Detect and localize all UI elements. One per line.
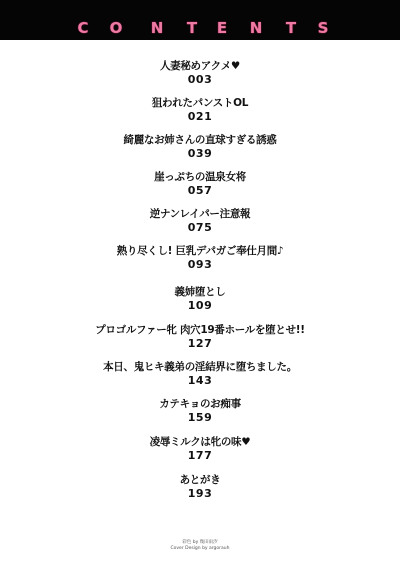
page-number: 177: [0, 449, 400, 462]
toc-entry[interactable]: 狙われたパンストOL 021: [0, 97, 400, 123]
chapter-title: 凌辱ミルクは牝の味♥: [0, 436, 400, 449]
page-number: 003: [0, 73, 400, 86]
chapter-title: 熟り尽くし! 巨乳デパガご奉仕月間♪: [0, 245, 400, 258]
chapter-title: 綺麗なお姉さんの直球すぎる誘惑: [0, 134, 400, 147]
chapter-title: 逆ナンレイパー注意報: [0, 208, 400, 221]
chapter-title: プロゴルファー牝 肉穴19番ホールを堕とせ!!: [0, 324, 400, 337]
page-number: 143: [0, 374, 400, 387]
toc-entry[interactable]: 熟り尽くし! 巨乳デパガご奉仕月間♪ 093: [0, 245, 400, 271]
page-number: 039: [0, 147, 400, 160]
page-number: 109: [0, 299, 400, 312]
toc-entry[interactable]: 崖っぷちの温泉女将 057: [0, 171, 400, 197]
page-number: 193: [0, 487, 400, 500]
chapter-title: あとがき: [0, 474, 400, 487]
chapter-title: 本日、鬼ヒキ義弟の淫結界に堕ちました。: [0, 361, 400, 374]
toc-entry[interactable]: 綺麗なお姉さんの直球すぎる誘惑 039: [0, 134, 400, 160]
chapter-title: 義姉堕とし: [0, 286, 400, 299]
toc-entry[interactable]: あとがき 193: [0, 474, 400, 500]
toc-entry[interactable]: 人妻秘めアクメ♥ 003: [0, 60, 400, 86]
chapter-title: 狙われたパンストOL: [0, 97, 400, 110]
cover-design-credit: Cover Design by argorauh: [0, 546, 400, 552]
toc-entry[interactable]: 逆ナンレイパー注意報 075: [0, 208, 400, 234]
page-number: 159: [0, 411, 400, 424]
chapter-title: 崖っぷちの温泉女将: [0, 171, 400, 184]
page-number: 075: [0, 221, 400, 234]
toc-entry[interactable]: 本日、鬼ヒキ義弟の淫結界に堕ちました。 143: [0, 361, 400, 387]
credits: 彩色 by 幾田雨汐 Cover Design by argorauh: [0, 540, 400, 552]
chapter-title: 人妻秘めアクメ♥: [0, 60, 400, 73]
toc-entry[interactable]: 凌辱ミルクは牝の味♥ 177: [0, 436, 400, 462]
toc-entry[interactable]: 義姉堕とし 109: [0, 286, 400, 312]
toc-entry[interactable]: カテキョのお痴事 159: [0, 398, 400, 424]
table-of-contents: 人妻秘めアクメ♥ 003 狙われたパンストOL 021 綺麗なお姉さんの直球すぎ…: [0, 0, 400, 568]
page-number: 057: [0, 184, 400, 197]
page-number: 127: [0, 337, 400, 350]
page-number: 021: [0, 110, 400, 123]
toc-entry[interactable]: プロゴルファー牝 肉穴19番ホールを堕とせ!! 127: [0, 324, 400, 350]
chapter-title: カテキョのお痴事: [0, 398, 400, 411]
page-number: 093: [0, 258, 400, 271]
